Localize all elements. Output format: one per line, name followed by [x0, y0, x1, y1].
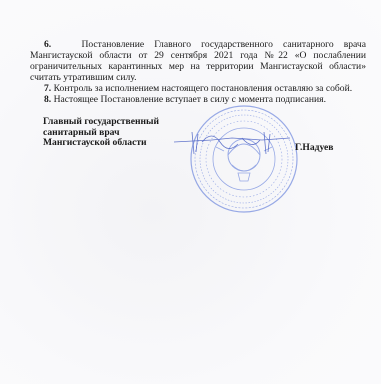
paragraph-6-line-1: 6. Постановление Главного государственно… — [30, 39, 366, 50]
handwritten-signature — [172, 128, 292, 158]
paragraph-8-number: 8. — [44, 94, 51, 105]
round-official-seal-icon — [188, 103, 300, 215]
document-body: 6. Постановление Главного государственно… — [30, 39, 366, 105]
paragraph-6: 6. Постановление Главного государственно… — [30, 39, 366, 83]
paragraph-6-number: 6. — [44, 39, 51, 50]
document-page: 6. Постановление Главного государственно… — [0, 0, 381, 384]
paragraph-7-number: 7. — [44, 83, 51, 94]
paragraph-7-text: Контроль за исполнением настоящего поста… — [54, 83, 353, 94]
paragraph-7: 7. Контроль за исполнением настоящего по… — [30, 83, 366, 94]
signatory-title: Главный государственный санитарный врач … — [43, 117, 159, 149]
paragraph-6-line-2: Мангистауской области от 29 сентября 202… — [30, 50, 366, 61]
signatory-title-line-1: Главный государственный — [43, 117, 159, 128]
paragraph-6-line-3: ограничительных карантинных мер на терри… — [30, 61, 366, 72]
signer-name: Г.Надуев — [295, 142, 333, 153]
signatory-title-line-3: Мангистауской области — [43, 138, 159, 149]
paragraph-6-line-4: считать утратившим силу. — [30, 72, 366, 83]
